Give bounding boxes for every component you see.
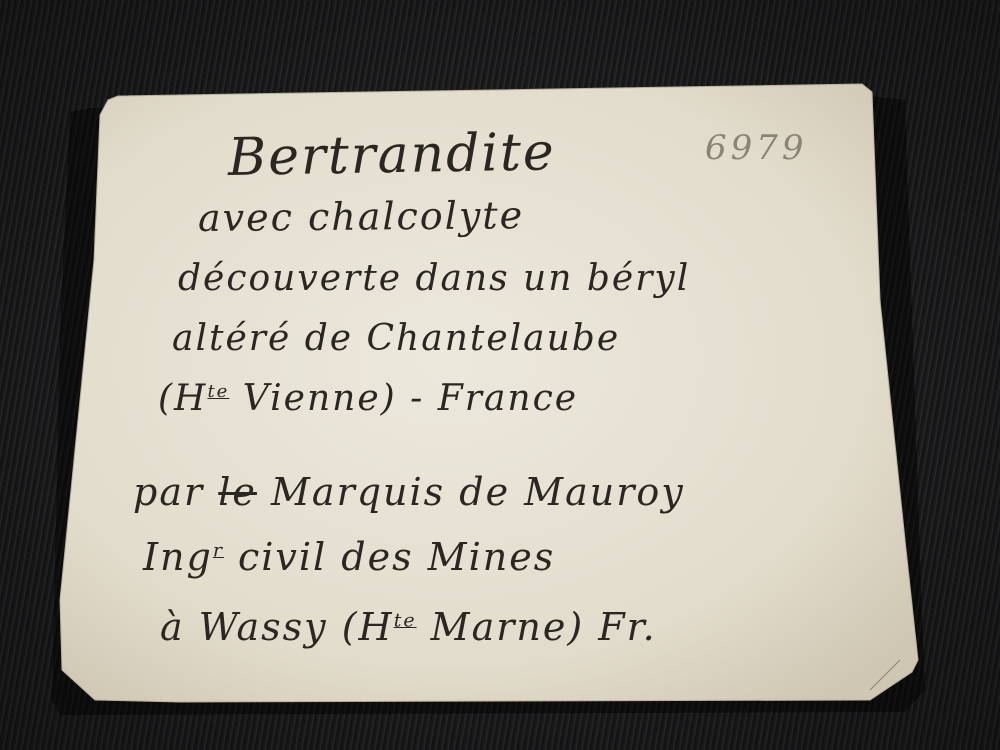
mineral-title: Bertrandite xyxy=(227,122,556,188)
label-line-1: avec chalcolyte xyxy=(198,193,524,240)
catalog-number: 6979 xyxy=(705,128,808,168)
label-line-4: (Hte Vienne) - France xyxy=(158,378,578,419)
attribution-a: à xyxy=(160,605,185,649)
collector-title-abbrev: Ing xyxy=(143,535,213,579)
collector-title-sup: r xyxy=(213,539,224,561)
label-line-4-prefix: (H xyxy=(158,378,207,419)
collector-name: Marquis de Mauroy xyxy=(271,470,685,514)
collector-title-rest: civil des Mines xyxy=(238,535,555,579)
attribution-line-1: par le Marquis de Mauroy xyxy=(133,470,685,514)
attribution-par: par xyxy=(133,470,204,514)
place-sup: te xyxy=(394,609,417,631)
struck-word: le xyxy=(218,470,257,514)
label-line-4-sup: te xyxy=(207,381,229,402)
label-line-2: découverte dans un béryl xyxy=(178,258,690,299)
attribution-line-2: Ingr civil des Mines xyxy=(143,535,555,579)
label-line-3: altéré de Chantelaube xyxy=(172,318,620,359)
label-line-4-rest: Vienne) - France xyxy=(243,378,578,419)
attribution-line-3: à Wassy (Hte Marne) Fr. xyxy=(160,605,657,649)
place-name: Wassy (H xyxy=(199,605,394,649)
place-rest: Marne) Fr. xyxy=(431,605,657,649)
